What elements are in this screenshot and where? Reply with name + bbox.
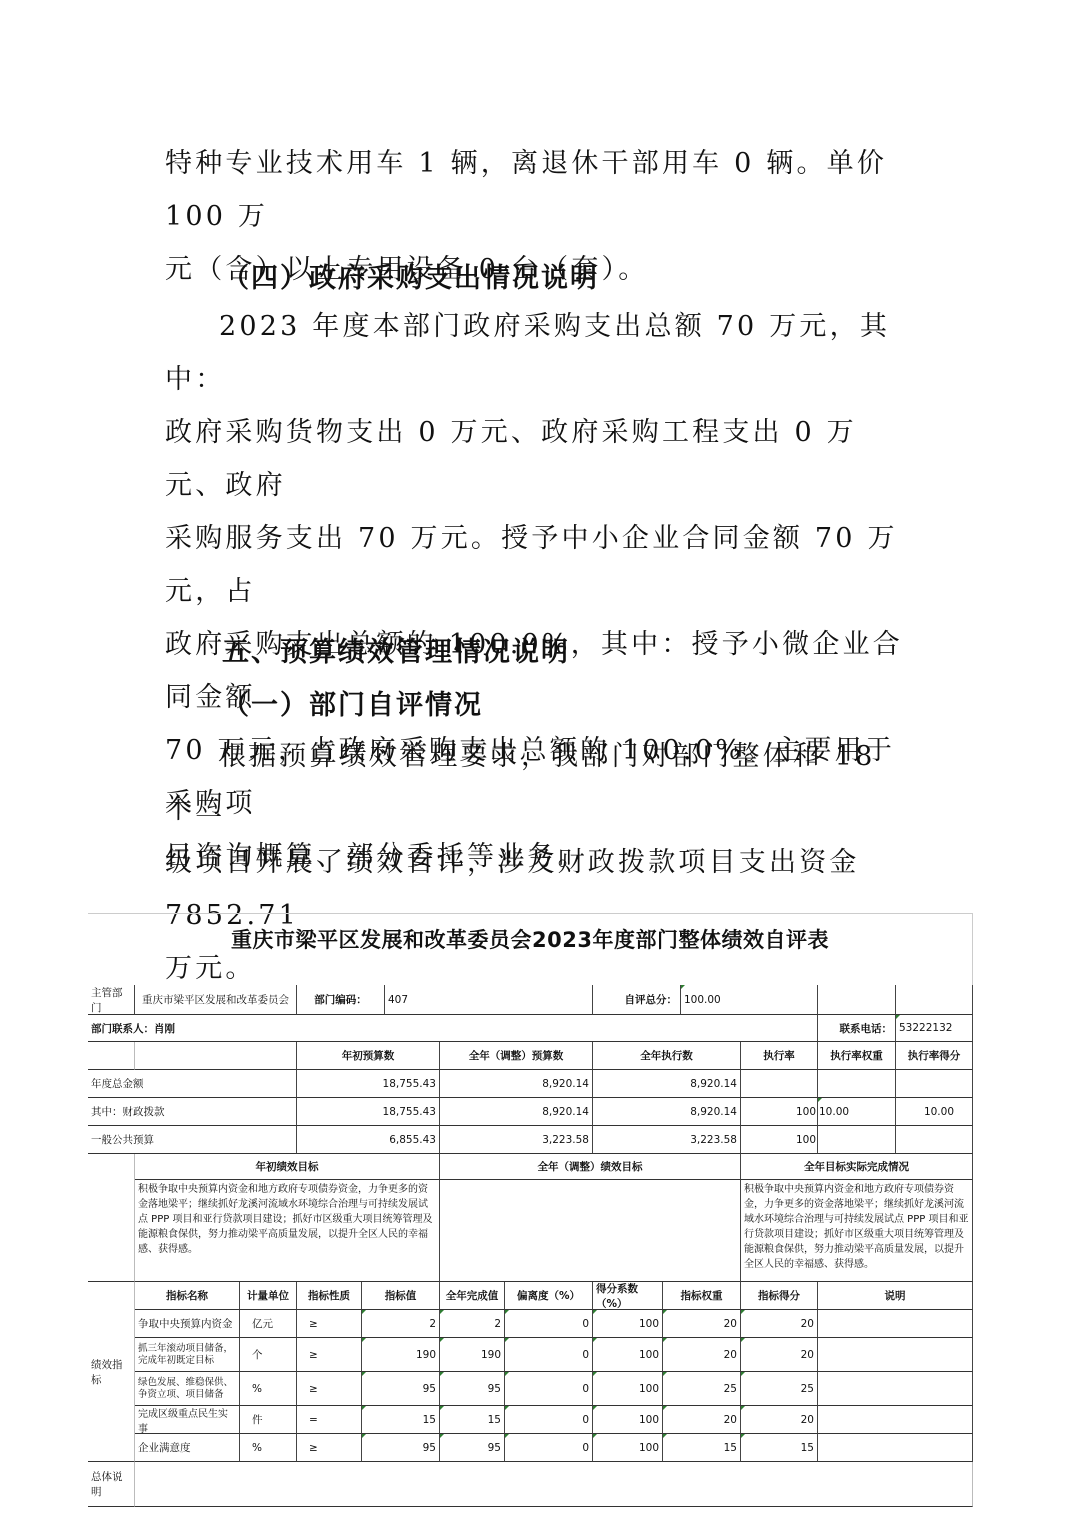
goals-left-blank <box>88 1154 135 1282</box>
cell-marker <box>663 1406 667 1410</box>
indicator-nature: ≥ <box>297 1372 362 1406</box>
cell-marker <box>362 1372 366 1376</box>
cell-marker <box>663 1310 667 1314</box>
performance-table: 重庆市梁平区发展和改革委员会2023年度部门整体绩效自评表 主管部门 重庆市梁平… <box>88 913 973 1508</box>
budget-row-label: 年度总金额 <box>88 1070 297 1098</box>
score-label: 自评总分： <box>593 985 681 1015</box>
table-title-row: 重庆市梁平区发展和改革委员会2023年度部门整体绩效自评表 <box>88 913 973 986</box>
cell-marker <box>593 1434 597 1438</box>
empty-cell <box>896 985 973 1015</box>
indicator-nature: = <box>297 1406 362 1434</box>
budget-executed: 3,223.58 <box>593 1126 741 1154</box>
indicator-name: 争取中央预算内资金 <box>135 1310 240 1338</box>
cell-marker <box>593 1372 597 1376</box>
budget-rate: 100 <box>741 1126 818 1154</box>
indicator-name: 抓三年滚动项目储备，完成年初既定目标 <box>135 1338 240 1372</box>
text-line: 2023 年度本部门政府采购支出总额 70 万元，其中： <box>165 300 915 406</box>
cell-marker <box>663 1372 667 1376</box>
summary-label: 总体说明 <box>88 1462 135 1507</box>
cell-marker <box>741 1310 745 1314</box>
indicator-actual: 15 <box>440 1406 505 1434</box>
budget-initial: 18,755.43 <box>297 1070 440 1098</box>
indicator-nature: ≥ <box>297 1338 362 1372</box>
text-line: 采购服务支出 70 万元。授予中小企业合同金额 70 万元，占 <box>165 512 915 618</box>
goals-adjusted-header: 全年（调整）绩效目标 <box>440 1154 741 1180</box>
indicator-name: 绿色发展、维稳保供、争资立项、项目储备 <box>135 1372 240 1406</box>
score-value: 100.00 <box>681 985 818 1015</box>
indicator-target: 15 <box>362 1406 440 1434</box>
col-header-rate-weight: 执行率权重 <box>818 1042 896 1070</box>
heading-procurement: （四）政府采购支出情况说明 <box>222 256 599 295</box>
cell-marker <box>593 1310 597 1314</box>
indicator-unit: % <box>240 1434 297 1462</box>
cell-marker <box>593 1338 597 1342</box>
indicator-note <box>818 1372 973 1406</box>
indicator-actual: 95 <box>440 1372 505 1406</box>
cell-marker <box>362 1434 366 1438</box>
summary-value <box>135 1462 973 1507</box>
indicator-weight: 15 <box>663 1434 741 1462</box>
budget-weight: 10.00 <box>818 1098 896 1126</box>
col-header-adjusted-budget: 全年（调整）预算数 <box>440 1042 593 1070</box>
ind-header-note: 说明 <box>818 1282 973 1310</box>
indicator-unit: 亿元 <box>240 1310 297 1338</box>
dept-value: 重庆市梁平区发展和改革委员会 <box>135 985 297 1015</box>
indicator-name: 完成区级重点民生实事 <box>135 1406 240 1434</box>
code-label: 部门编码： <box>297 985 385 1015</box>
goals-actual-header: 全年目标实际完成情况 <box>741 1154 973 1180</box>
ind-header-score: 指标得分 <box>741 1282 818 1310</box>
indicator-actual: 95 <box>440 1434 505 1462</box>
cell-marker <box>741 1372 745 1376</box>
budget-score: 10.00 <box>896 1098 973 1126</box>
indicator-coef: 100 <box>593 1372 663 1406</box>
indicator-section-label: 绩效指标 <box>88 1282 135 1462</box>
indicator-note <box>818 1310 973 1338</box>
indicator-deviation: 0 <box>505 1338 593 1372</box>
col-header-rate-score: 执行率得分 <box>896 1042 973 1070</box>
cell-marker <box>818 1098 822 1102</box>
cell-marker <box>440 1372 444 1376</box>
dept-label: 主管部门 <box>88 985 135 1015</box>
cell-marker <box>896 1015 900 1019</box>
col-header-exec-rate: 执行率 <box>741 1042 818 1070</box>
budget-row-label: 一般公共预算 <box>88 1126 297 1154</box>
cell-marker <box>593 1406 597 1410</box>
cell-marker <box>362 1406 366 1410</box>
indicator-deviation: 0 <box>505 1372 593 1406</box>
budget-executed: 8,920.14 <box>593 1098 741 1126</box>
cell-marker <box>681 985 685 989</box>
goals-initial-text: 积极争取中央预算内资金和地方政府专项债券资金，力争更多的资金落地梁平；继续抓好龙… <box>135 1180 440 1282</box>
phone-value: 53222132 <box>896 1015 973 1042</box>
budget-rate <box>741 1070 818 1098</box>
cell-marker <box>440 1310 444 1314</box>
ind-header-actual: 全年完成值 <box>440 1282 505 1310</box>
indicator-score: 20 <box>741 1310 818 1338</box>
indicator-nature: ≥ <box>297 1434 362 1462</box>
heading-section-5: 五、预算绩效管理情况说明 <box>222 630 570 669</box>
budget-weight <box>818 1126 896 1154</box>
budget-adjusted: 8,920.14 <box>440 1098 593 1126</box>
code-value: 407 <box>385 985 593 1015</box>
empty-cell <box>88 1042 135 1070</box>
budget-score <box>896 1126 973 1154</box>
budget-weight <box>818 1070 896 1098</box>
col-header-executed: 全年执行数 <box>593 1042 741 1070</box>
cell-marker <box>505 1310 509 1314</box>
cell-marker <box>362 1338 366 1342</box>
indicator-coef: 100 <box>593 1310 663 1338</box>
ind-header-target: 指标值 <box>362 1282 440 1310</box>
indicator-note <box>818 1434 973 1462</box>
budget-row-label: 其中：财政拨款 <box>88 1098 297 1126</box>
indicator-unit: 个 <box>240 1338 297 1372</box>
ind-header-weight: 指标权重 <box>663 1282 741 1310</box>
ind-header-coef: 得分系数（%） <box>593 1282 663 1310</box>
budget-initial: 18,755.43 <box>297 1098 440 1126</box>
budget-adjusted: 3,223.58 <box>440 1126 593 1154</box>
cell-marker <box>440 1338 444 1342</box>
cell-marker <box>741 1338 745 1342</box>
indicator-score: 20 <box>741 1338 818 1372</box>
budget-initial: 6,855.43 <box>297 1126 440 1154</box>
indicator-score: 15 <box>741 1434 818 1462</box>
cell-marker <box>741 1434 745 1438</box>
indicator-weight: 20 <box>663 1338 741 1372</box>
indicator-nature: ≥ <box>297 1310 362 1338</box>
indicator-name: 企业满意度 <box>135 1434 240 1462</box>
text-line: 政府采购货物支出 0 万元、政府采购工程支出 0 万元、政府 <box>165 406 915 512</box>
cell-marker <box>440 1434 444 1438</box>
cell-marker <box>741 1406 745 1410</box>
empty-cell <box>135 1042 297 1070</box>
indicator-target: 95 <box>362 1434 440 1462</box>
indicator-actual: 2 <box>440 1310 505 1338</box>
indicator-target: 2 <box>362 1310 440 1338</box>
indicator-deviation: 0 <box>505 1406 593 1434</box>
ind-header-name: 指标名称 <box>135 1282 240 1310</box>
indicator-coef: 100 <box>593 1434 663 1462</box>
goals-actual-text: 积极争取中央预算内资金和地方政府专项债券资金，力争更多的资金落地梁平；继续抓好龙… <box>741 1180 973 1282</box>
indicator-weight: 20 <box>663 1406 741 1434</box>
indicator-weight: 25 <box>663 1372 741 1406</box>
indicator-deviation: 0 <box>505 1434 593 1462</box>
budget-score <box>896 1070 973 1098</box>
cell-marker <box>440 1406 444 1410</box>
indicator-coef: 100 <box>593 1338 663 1372</box>
goals-initial-header: 年初绩效目标 <box>135 1154 440 1180</box>
text-line: 特种专业技术用车 1 辆，离退休干部用车 0 辆。单价 100 万 <box>165 137 915 243</box>
cell-marker <box>362 1310 366 1314</box>
indicator-target: 95 <box>362 1372 440 1406</box>
empty-cell <box>818 985 896 1015</box>
ind-header-nature: 指标性质 <box>297 1282 362 1310</box>
indicator-unit: 件 <box>240 1406 297 1434</box>
table-title: 重庆市梁平区发展和改革委员会2023年度部门整体绩效自评表 <box>88 924 972 954</box>
budget-rate: 100 <box>741 1098 818 1126</box>
indicator-note <box>818 1338 973 1372</box>
goals-adjusted-text <box>440 1180 741 1282</box>
ind-header-unit: 计量单位 <box>240 1282 297 1310</box>
indicator-deviation: 0 <box>505 1310 593 1338</box>
cell-marker <box>663 1434 667 1438</box>
indicator-weight: 20 <box>663 1310 741 1338</box>
indicator-coef: 100 <box>593 1406 663 1434</box>
budget-adjusted: 8,920.14 <box>440 1070 593 1098</box>
indicator-note <box>818 1406 973 1434</box>
cell-marker <box>663 1338 667 1342</box>
ind-header-deviation: 偏离度（%） <box>505 1282 593 1310</box>
phone-label: 联系电话： <box>818 1015 896 1042</box>
cell-marker <box>505 1406 509 1410</box>
indicator-actual: 190 <box>440 1338 505 1372</box>
cell-marker <box>505 1338 509 1342</box>
budget-executed: 8,920.14 <box>593 1070 741 1098</box>
heading-self-eval: （一）部门自评情况 <box>222 683 483 722</box>
indicator-score: 25 <box>741 1372 818 1406</box>
indicator-score: 20 <box>741 1406 818 1434</box>
contact-label: 部门联系人：肖刚 <box>88 1015 818 1042</box>
col-header-initial-budget: 年初预算数 <box>297 1042 440 1070</box>
text-line: 根据预算绩效管理要求，我部门对部门整体和 18 个二 <box>165 730 915 836</box>
cell-marker <box>505 1372 509 1376</box>
indicator-unit: % <box>240 1372 297 1406</box>
cell-marker <box>505 1434 509 1438</box>
indicator-target: 190 <box>362 1338 440 1372</box>
